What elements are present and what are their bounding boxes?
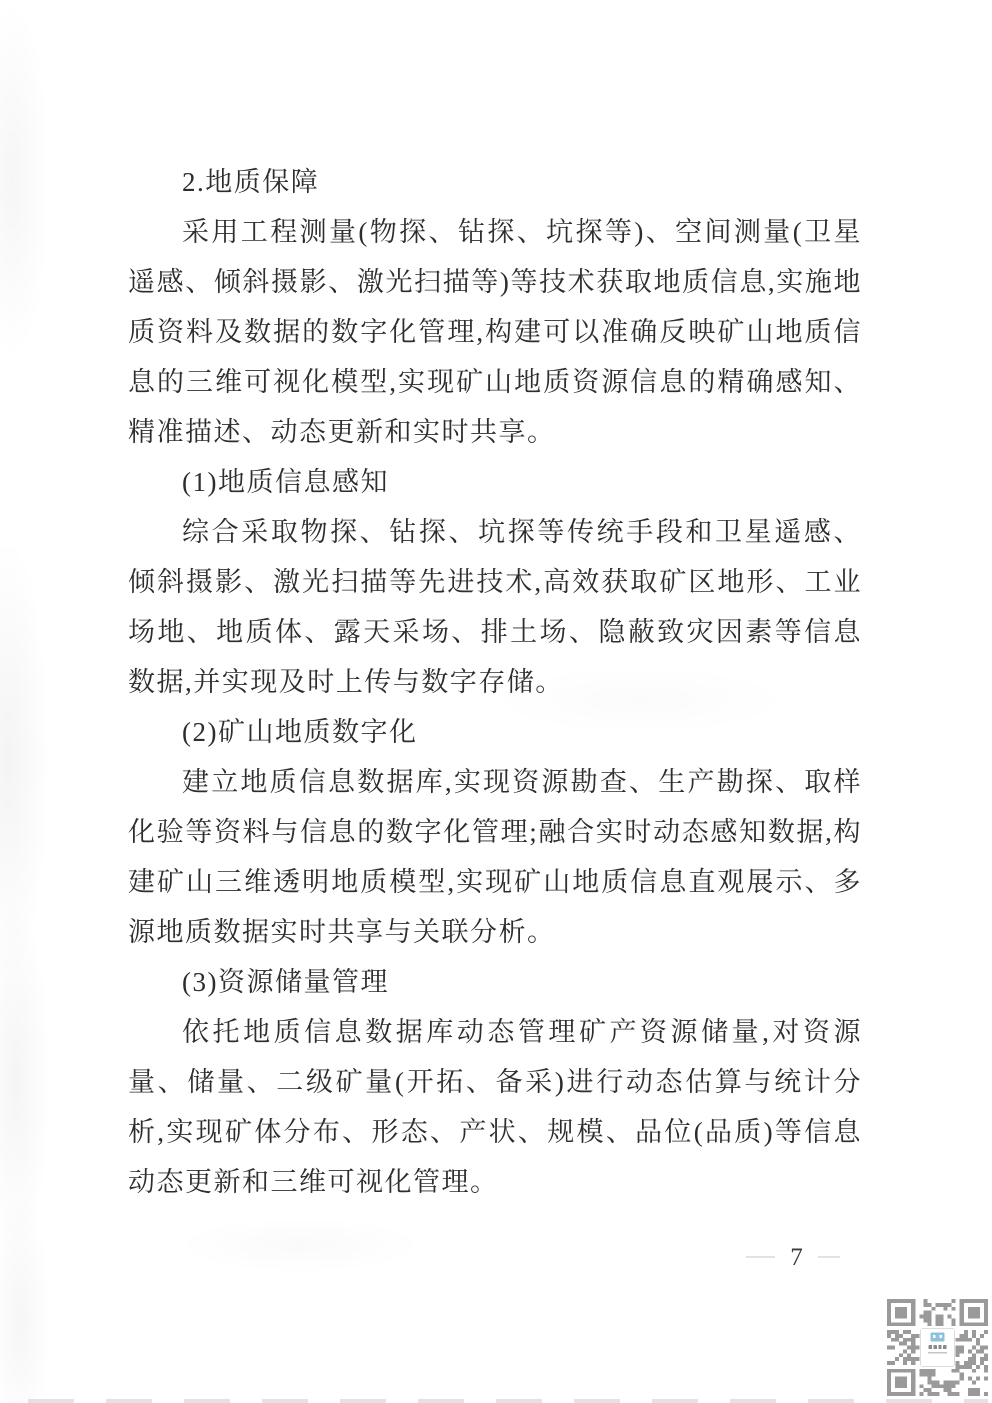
- document-body: 2.地质保障 采用工程测量(物探、钻探、坑探等)、空间测量(卫星遥感、倾斜摄影、…: [128, 157, 862, 1207]
- qr-code-image: [887, 1299, 988, 1396]
- paragraph-geology-assurance-overview: 采用工程测量(物探、钻探、坑探等)、空间测量(卫星遥感、倾斜摄影、激光扫描等)等…: [128, 207, 862, 457]
- subsection-heading-geological-info-perception: (1)地质信息感知: [128, 457, 862, 507]
- page-footer: 7: [738, 1240, 848, 1274]
- page-number: 7: [790, 1245, 803, 1270]
- section-heading-geology-assurance: 2.地质保障: [128, 157, 862, 207]
- paragraph-geological-info-perception: 综合采取物探、钻探、坑探等传统手段和卫星遥感、倾斜摄影、激光扫描等先进技术,高效…: [128, 507, 862, 707]
- subsection-heading-resource-reserve-management: (3)资源储量管理: [128, 957, 862, 1007]
- paragraph-resource-reserve-management: 依托地质信息数据库动态管理矿产资源储量,对资源量、储量、二级矿量(开拓、备采)进…: [128, 1007, 862, 1207]
- scan-artifact-bottom-edge: [28, 1399, 988, 1403]
- page-number-dash-left: [746, 1256, 775, 1258]
- scan-artifact-left-edge: [0, 0, 110, 1403]
- qr-code: [887, 1299, 988, 1396]
- page-number-dash-right: [818, 1256, 840, 1258]
- subsection-heading-mine-geology-digitization: (2)矿山地质数字化: [128, 707, 862, 757]
- paragraph-mine-geology-digitization: 建立地质信息数据库,实现资源勘查、生产勘探、取样化验等资料与信息的数字化管理;融…: [128, 757, 862, 957]
